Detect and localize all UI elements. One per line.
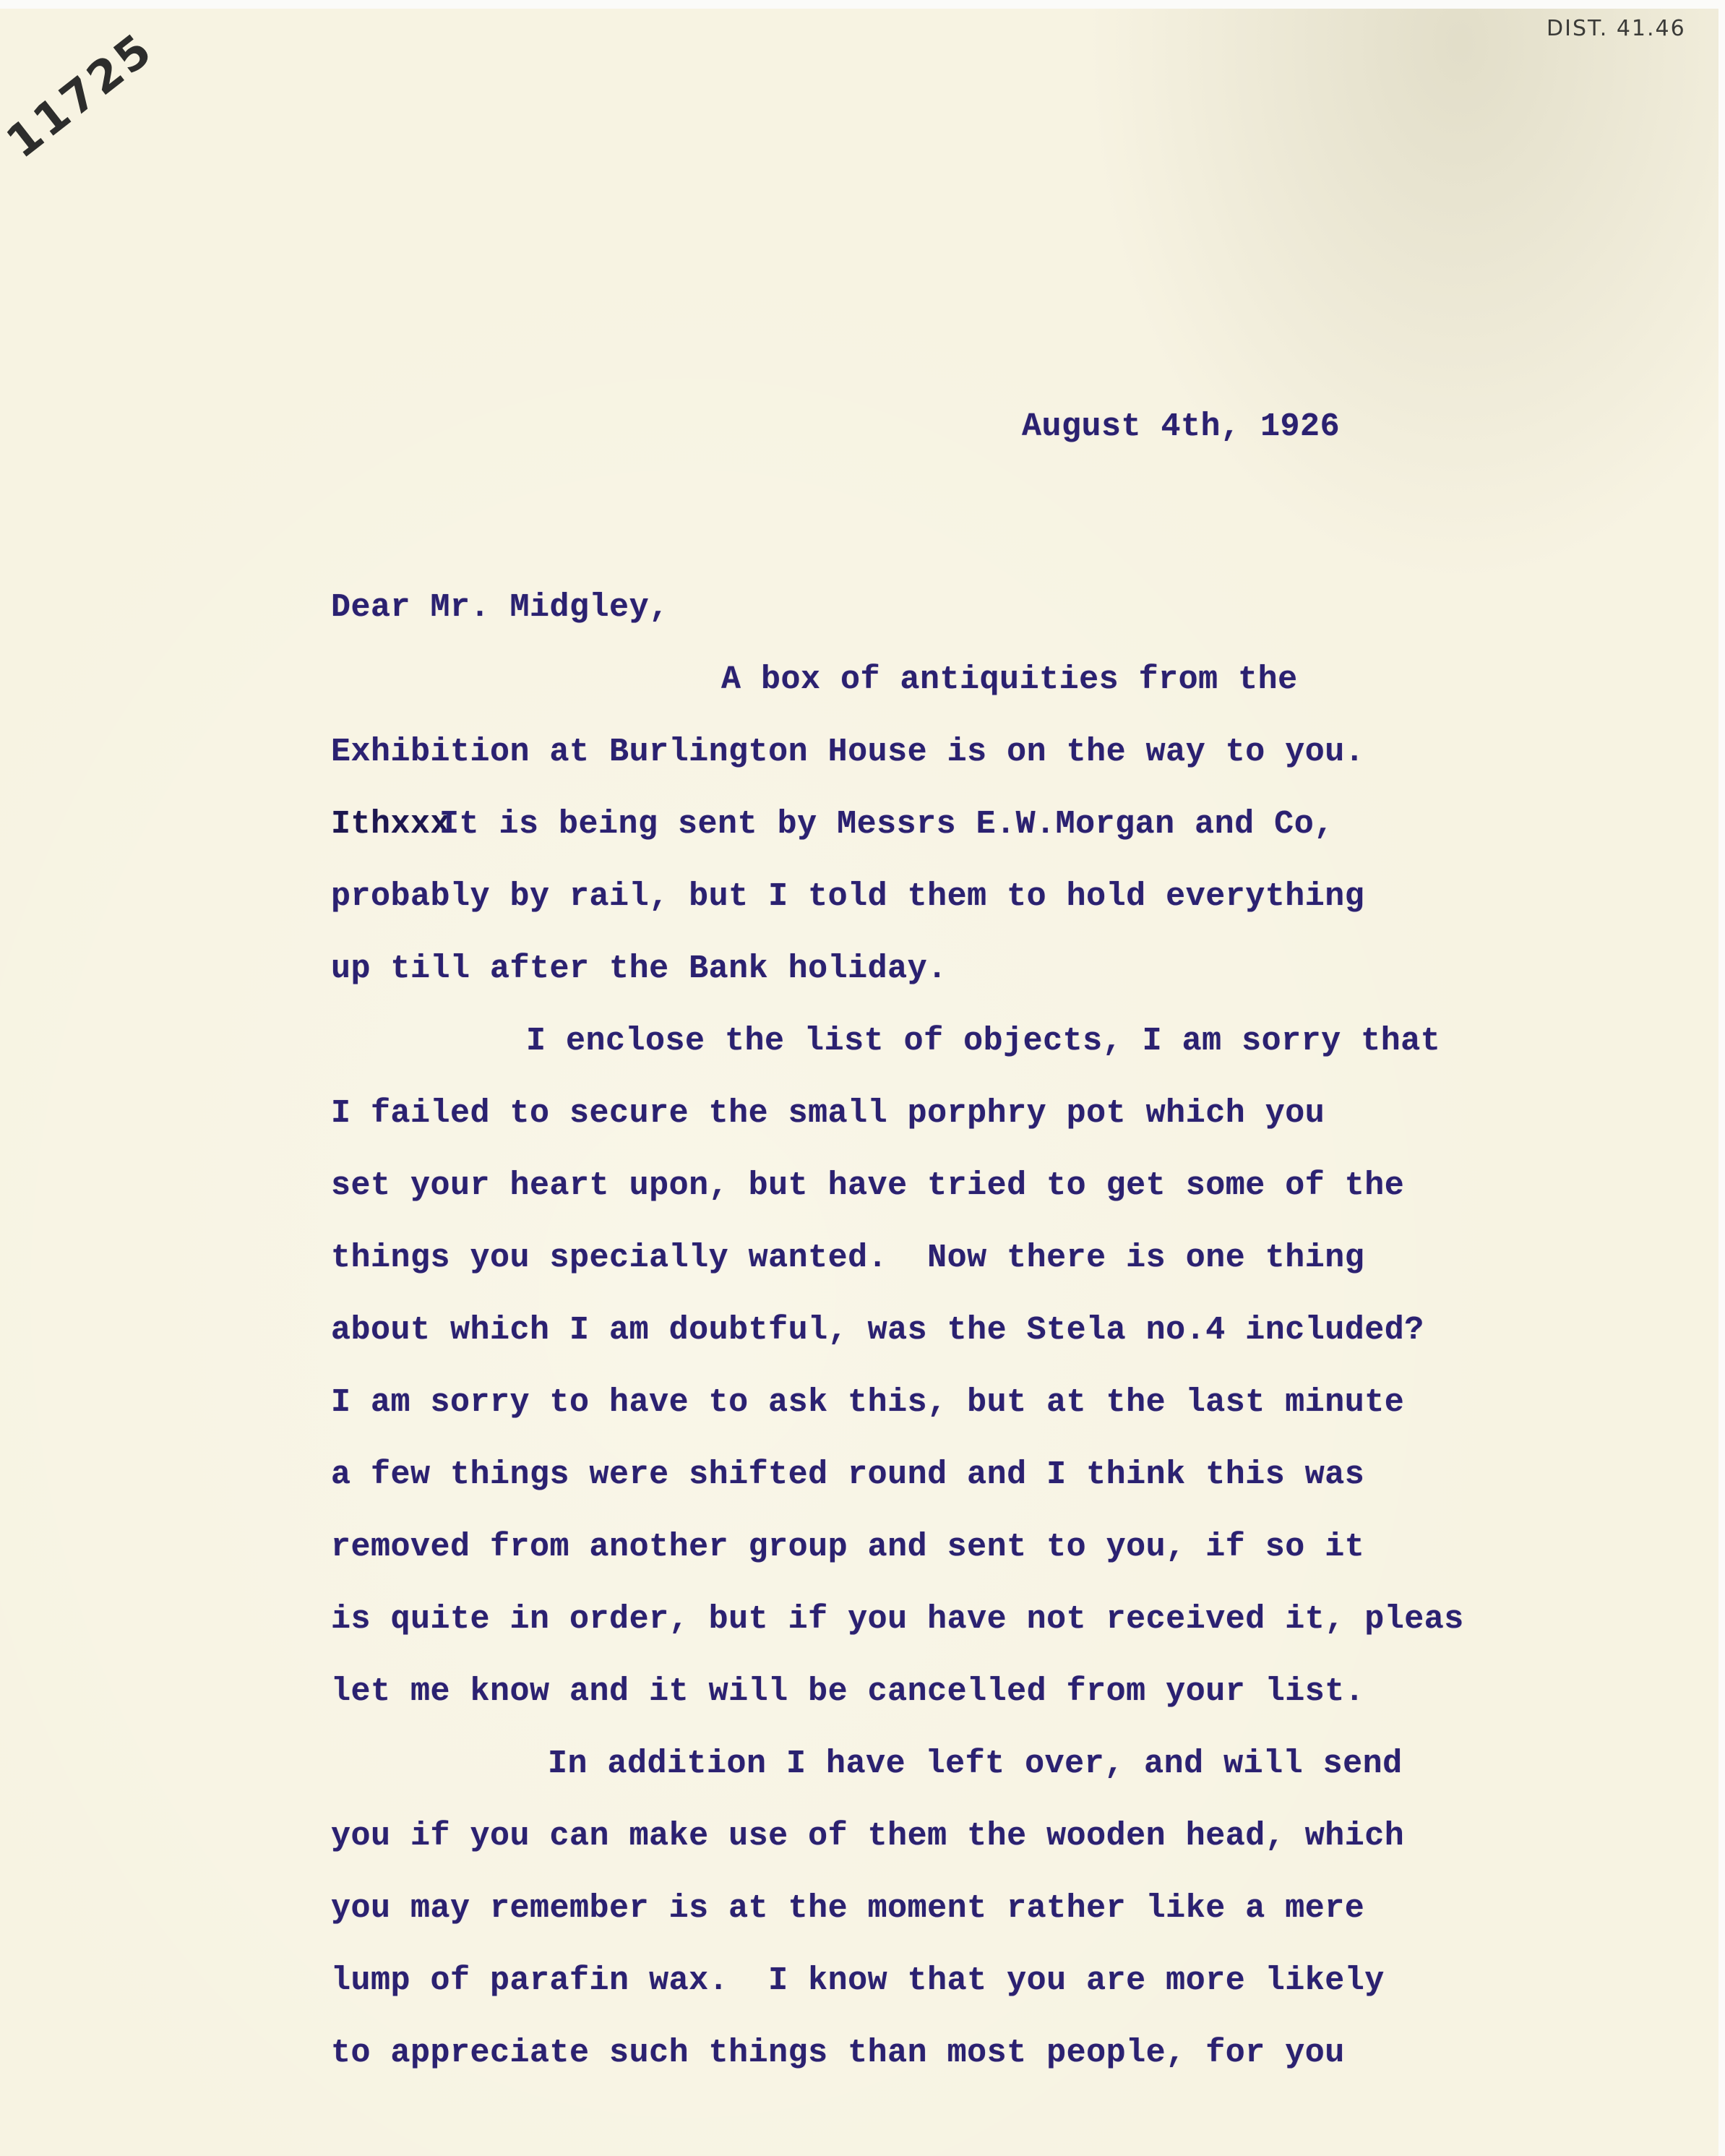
body-line: about which I am doubtful, was the Stela… xyxy=(331,1312,1424,1349)
body-line: up till after the Bank holiday. xyxy=(331,950,947,987)
paragraph-start-line: I enclose the list of objects, I am sorr… xyxy=(526,1023,1440,1060)
body-line: It is being sent by Messrs E.W.Morgan an… xyxy=(439,806,1334,843)
body-line: Exhibition at Burlington House is on the… xyxy=(331,734,1364,770)
paragraph-start-line: In addition I have left over, and will s… xyxy=(548,1745,1403,1782)
struck-out-text: Ithxxx xyxy=(331,806,450,843)
body-line: A box of antiquities from the xyxy=(721,661,1298,698)
body-line: I failed to secure the small porphry pot… xyxy=(331,1095,1325,1132)
body-line: probably by rail, but I told them to hol… xyxy=(331,878,1364,915)
body-line: you may remember is at the moment rather… xyxy=(331,1890,1364,1927)
body-line: is quite in order, but if you have not r… xyxy=(331,1601,1464,1638)
body-line: I am sorry to have to ask this, but at t… xyxy=(331,1384,1404,1421)
body-line: removed from another group and sent to y… xyxy=(331,1529,1364,1566)
body-line: things you specially wanted. Now there i… xyxy=(331,1240,1364,1276)
body-line: a few things were shifted round and I th… xyxy=(331,1456,1364,1493)
body-line: let me know and it will be cancelled fro… xyxy=(331,1673,1364,1710)
catalog-number-annotation: DIST. 41.46 xyxy=(1547,16,1686,41)
salutation: Dear Mr. Midgley, xyxy=(331,589,669,626)
body-line: you if you can make use of them the wood… xyxy=(331,1818,1404,1855)
body-line: to appreciate such things than most peop… xyxy=(331,2035,1345,2071)
body-line: set your heart upon, but have tried to g… xyxy=(331,1167,1404,1204)
letter-date: August 4th, 1926 xyxy=(1022,408,1340,445)
scan-right-edge xyxy=(1718,0,1725,2156)
scan-top-edge xyxy=(0,0,1718,9)
body-line: lump of parafin wax. I know that you are… xyxy=(331,1962,1385,1999)
